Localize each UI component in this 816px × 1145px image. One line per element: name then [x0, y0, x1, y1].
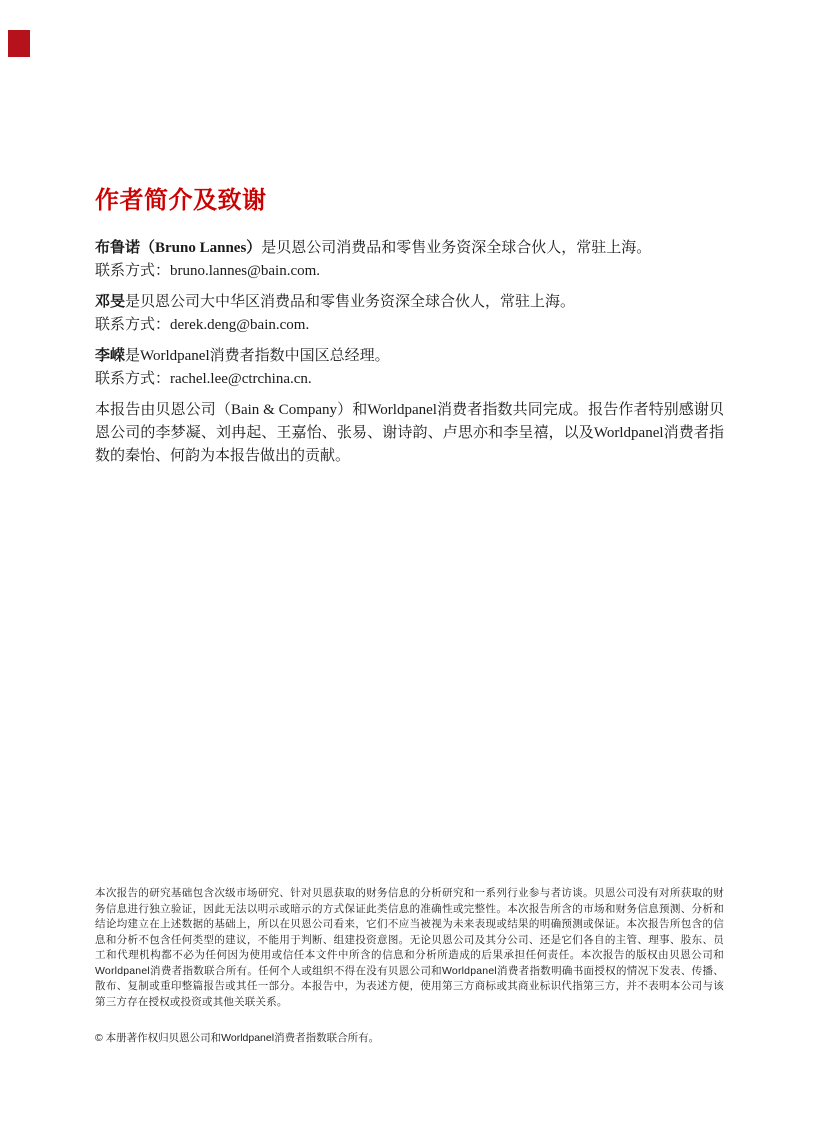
contact-label: 联系方式：	[95, 371, 170, 387]
author-name: 李嵘	[95, 348, 125, 364]
report-page: 作者简介及致谢 布鲁诺（Bruno Lannes）是贝恩公司消费品和零售业务资深…	[0, 0, 816, 1145]
author-email: bruno.lannes@bain.com.	[170, 263, 320, 279]
brand-red-square-logo	[8, 30, 30, 57]
author-bio-rachel-lee: 李嵘是Worldpanel消费者指数中国区总经理。联系方式：rachel.lee…	[95, 345, 724, 391]
author-email: rachel.lee@ctrchina.cn.	[170, 371, 312, 387]
page-title: 作者简介及致谢	[95, 186, 724, 216]
author-bio-text: 是贝恩公司大中华区消费品和零售业务资深全球合伙人，常驻上海。	[125, 294, 575, 310]
author-bio-text: 是Worldpanel消费者指数中国区总经理。	[125, 348, 390, 364]
author-bio-bruno-lannes: 布鲁诺（Bruno Lannes）是贝恩公司消费品和零售业务资深全球合伙人，常驻…	[95, 237, 724, 283]
acknowledgement-paragraph: 本报告由贝恩公司（Bain & Company）和Worldpanel消费者指数…	[95, 399, 724, 468]
page-content: 作者简介及致谢 布鲁诺（Bruno Lannes）是贝恩公司消费品和零售业务资深…	[95, 186, 724, 468]
author-bio-text: 是贝恩公司消费品和零售业务资深全球合伙人，常驻上海。	[261, 240, 651, 256]
contact-label: 联系方式：	[95, 263, 170, 279]
author-email: derek.deng@bain.com.	[170, 317, 309, 333]
legal-disclaimer: 本次报告的研究基础包含次级市场研究、针对贝恩获取的财务信息的分析研究和一系列行业…	[95, 886, 724, 1010]
author-name: 布鲁诺（Bruno Lannes）	[95, 240, 261, 256]
copyright-notice: © 本册著作权归贝恩公司和Worldpanel消费者指数联合所有。	[95, 1031, 724, 1046]
page-footer: 本次报告的研究基础包含次级市场研究、针对贝恩获取的财务信息的分析研究和一系列行业…	[95, 886, 724, 1046]
contact-label: 联系方式：	[95, 317, 170, 333]
author-bio-derek-deng: 邓旻是贝恩公司大中华区消费品和零售业务资深全球合伙人，常驻上海。联系方式：der…	[95, 291, 724, 337]
author-name: 邓旻	[95, 294, 125, 310]
